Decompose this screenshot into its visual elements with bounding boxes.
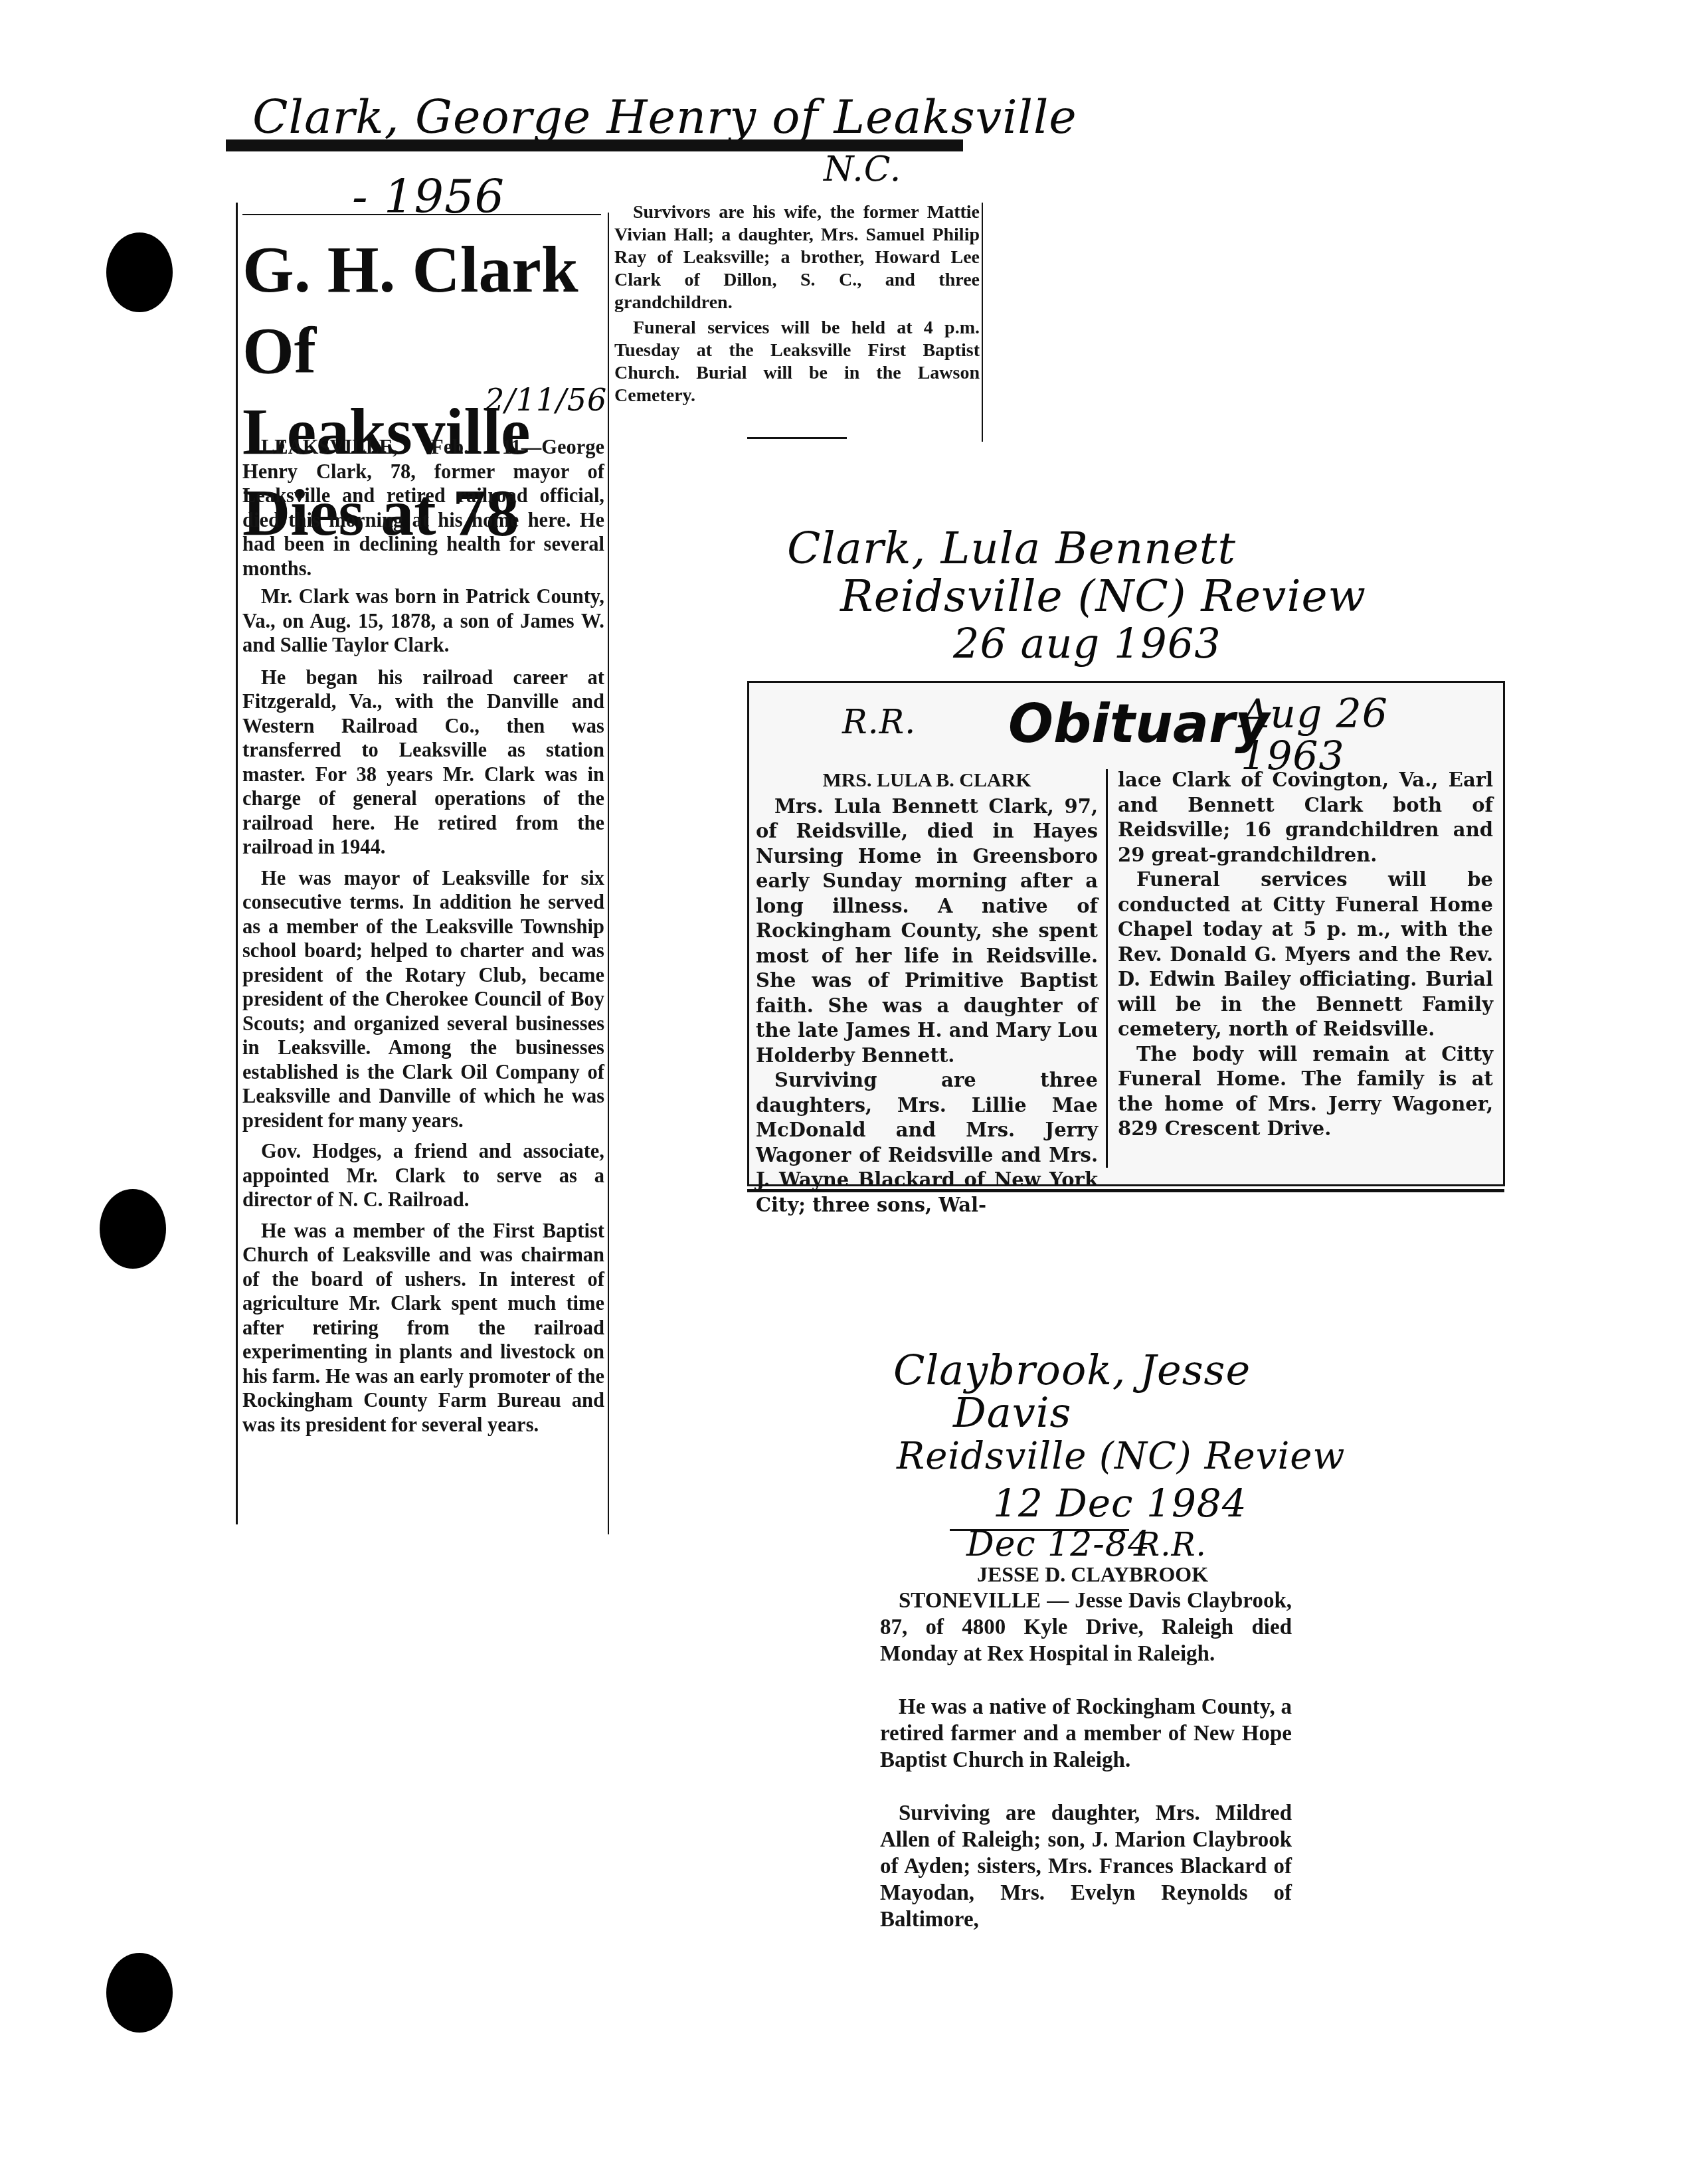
obit-body: JESSE D. CLAYBROOK STONEVILLE — Jesse Da… <box>880 1561 1292 1933</box>
punch-hole-middle <box>100 1189 166 1269</box>
name-heading: JESSE D. CLAYBROOK <box>880 1561 1292 1588</box>
article-body-left: LEAKSVILLE, Feb. 11—George Henry Clark, … <box>242 435 604 1437</box>
handwritten-source: Reidsville (NC) Review <box>840 573 1504 620</box>
obit-left-column: MRS. LULA B. CLARK Mrs. Lula Bennett Cla… <box>756 768 1098 1218</box>
paragraph: The body will remain at Citty Funeral Ho… <box>1118 1042 1493 1142</box>
handwritten-date: 12 Dec 1984 <box>993 1480 1458 1526</box>
paragraph: Funeral services will be held at 4 p.m. … <box>614 317 980 407</box>
paragraph: Gov. Hodges, a friend and associate, app… <box>242 1139 604 1212</box>
handwritten-date-annotation: Aug 26 1963 <box>1241 693 1407 778</box>
handwritten-label: Clark, George Henry of Leaksville <box>252 90 1077 144</box>
paragraph: lace Clark of Covington, Va., Earl and B… <box>1118 768 1493 867</box>
handwritten-initials: R.R. <box>1136 1526 1207 1564</box>
handwritten-initials: R.R. <box>842 703 916 741</box>
paragraph: Surviving are three daughters, Mrs. Lill… <box>756 1068 1098 1218</box>
handwritten-citation: Claybrook, Jesse Davis Reidsville (NC) R… <box>893 1348 1358 1526</box>
paragraph: Mrs. Lula Bennett Clark, 97, of Reidsvil… <box>756 794 1098 1069</box>
paragraph: He was mayor of Leaksville for six conse… <box>242 866 604 1133</box>
article-body-right: Survivors are his wife, the former Matti… <box>614 201 980 407</box>
handwritten-state: N.C. <box>824 149 901 189</box>
right-column-rule <box>982 203 983 442</box>
paragraph: Surviving are daughter, Mrs. Mildred All… <box>880 1800 1292 1933</box>
paragraph: Funeral services will be conducted at Ci… <box>1118 867 1493 1042</box>
handwritten-date: 2/11/56 <box>485 382 607 418</box>
section-title: Obituary <box>1008 693 1269 755</box>
paragraph: He began his railroad career at Fitzgera… <box>242 666 604 860</box>
handwritten-year: - 1956 <box>352 169 505 224</box>
punch-hole-top <box>106 232 173 312</box>
obit-right-column: lace Clark of Covington, Va., Earl and B… <box>1118 768 1493 1142</box>
paragraph: Survivors are his wife, the former Matti… <box>614 201 980 314</box>
handwritten-clip-date: Dec 12-84 <box>966 1524 1150 1564</box>
paragraph: Mr. Clark was born in Patrick County, Va… <box>242 585 604 658</box>
handwritten-citation: Clark, Lula Bennett Reidsville (NC) Revi… <box>787 525 1451 667</box>
punch-hole-bottom <box>106 1953 173 2033</box>
left-column-rule <box>236 203 238 1524</box>
handwritten-name: Clark, Lula Bennett <box>787 525 1451 573</box>
handwritten-name: Claybrook, Jesse <box>893 1348 1358 1392</box>
name-heading: MRS. LULA B. CLARK <box>756 768 1098 793</box>
headline-line-1: G. H. Clark <box>242 229 614 310</box>
column-divider <box>1106 769 1108 1168</box>
paragraph: LEAKSVILLE, Feb. 11—George Henry Clark, … <box>242 435 604 581</box>
bottom-rule <box>747 1189 1504 1192</box>
handwritten-source: Reidsville (NC) Review <box>897 1433 1362 1480</box>
paragraph: He was a native of Rockingham County, a … <box>880 1694 1292 1774</box>
headline-top-rule <box>242 214 601 215</box>
handwritten-middle-name: Davis <box>953 1392 1418 1433</box>
obituary-box: R.R. Obituary Aug 26 1963 MRS. LULA B. C… <box>747 681 1505 1186</box>
paragraph: STONEVILLE — Jesse Davis Claybrook, 87, … <box>880 1588 1292 1667</box>
end-rule <box>747 437 847 439</box>
handwritten-date: 26 aug 1963 <box>953 620 1617 667</box>
paragraph: He was a member of the First Baptist Chu… <box>242 1219 604 1437</box>
